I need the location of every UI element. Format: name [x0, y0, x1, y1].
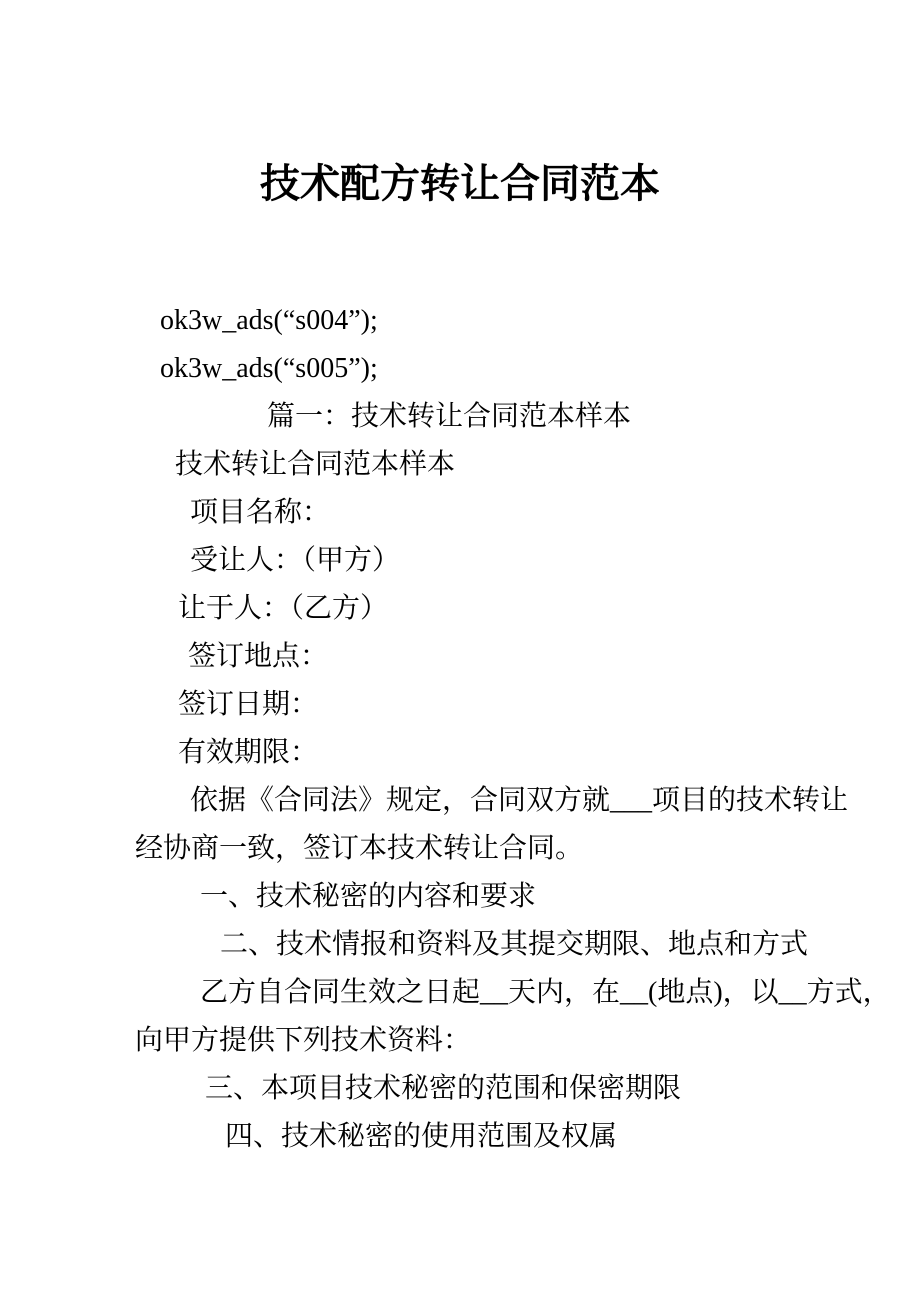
subtitle-line: 技术转让合同范本样本 — [175, 441, 890, 489]
document-body: ok3w_ads(“s004”); ok3w_ads(“s005”); 篇一：技… — [0, 297, 920, 1161]
field-label-line: 受让人：（甲方） — [190, 537, 890, 585]
clause-heading-line: 一、技术秘密的内容和要求 — [200, 873, 890, 921]
field-label-line: 让于人：（乙方） — [178, 585, 890, 633]
field-label-line: 签订日期： — [178, 681, 890, 729]
section-heading: 篇一：技术转让合同范本样本 — [267, 393, 890, 441]
clause-heading-line: 三、本项目技术秘密的范围和保密期限 — [205, 1065, 890, 1113]
clause-heading-line: 二、技术情报和资料及其提交期限、地点和方式 — [220, 921, 890, 969]
paragraph-line: 经协商一致，签订本技术转让合同。 — [135, 825, 890, 873]
field-label-line: 有效期限： — [178, 729, 890, 777]
paragraph-line: 向甲方提供下列技术资料： — [135, 1017, 890, 1065]
paragraph-line: 依据《合同法》规定，合同双方就___项目的技术转让 — [190, 777, 890, 825]
field-label-line: 项目名称： — [190, 489, 890, 537]
clause-heading-line: 四、技术秘密的使用范围及权属 — [225, 1113, 890, 1161]
ad-script-line: ok3w_ads(“s005”); — [160, 345, 890, 393]
document-title: 技术配方转让合同范本 — [0, 0, 920, 208]
document-page: 技术配方转让合同范本 ok3w_ads(“s004”); ok3w_ads(“s… — [0, 0, 920, 1302]
paragraph-line: 乙方自合同生效之日起__天内，在__(地点)，以__方式， — [200, 969, 890, 1017]
ad-script-line: ok3w_ads(“s004”); — [160, 297, 890, 345]
field-label-line: 签订地点： — [188, 633, 890, 681]
